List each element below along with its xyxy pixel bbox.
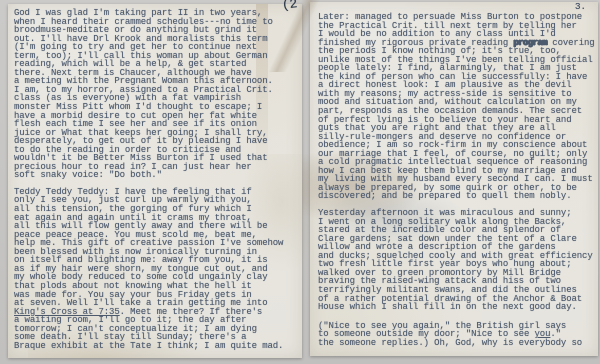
paragraph-schedules: God I was glad I'm taking part II in two… — [14, 9, 299, 180]
paragraph-yesterday: Yesterday afternoon it was miraculous an… — [318, 209, 595, 312]
paragraph-text: covering the periods I know nothing of; … — [318, 38, 595, 202]
paragraph-text: Teddy Teddy Teddy: I have the feeling th… — [14, 187, 283, 308]
letter-page-2: (2 God I was glad I'm taking part II in … — [8, 4, 302, 358]
letter-page-3: 3. Later: managed to persuade Miss Burto… — [310, 2, 598, 356]
page-2-annotation: (2 — [281, 0, 297, 10]
paragraph-parenthetical: ("Nice to see you again," the British gi… — [318, 322, 595, 348]
paragraph-later: Later: managed to persuade Miss Burton t… — [318, 13, 595, 201]
paragraph-text: God I was glad I'm taking part II in two… — [14, 8, 273, 180]
paragraph-text: Yesterday afternoon it was miraculous an… — [318, 208, 593, 312]
page-3-content: Later: managed to persuade Miss Burton t… — [318, 5, 595, 347]
paragraph-text: ("Nice to see you again," the British gi… — [318, 321, 566, 340]
page-3-number: 3. — [575, 3, 586, 12]
paragraph-teddy: Teddy Teddy Teddy: I have the feeling th… — [14, 188, 299, 350]
